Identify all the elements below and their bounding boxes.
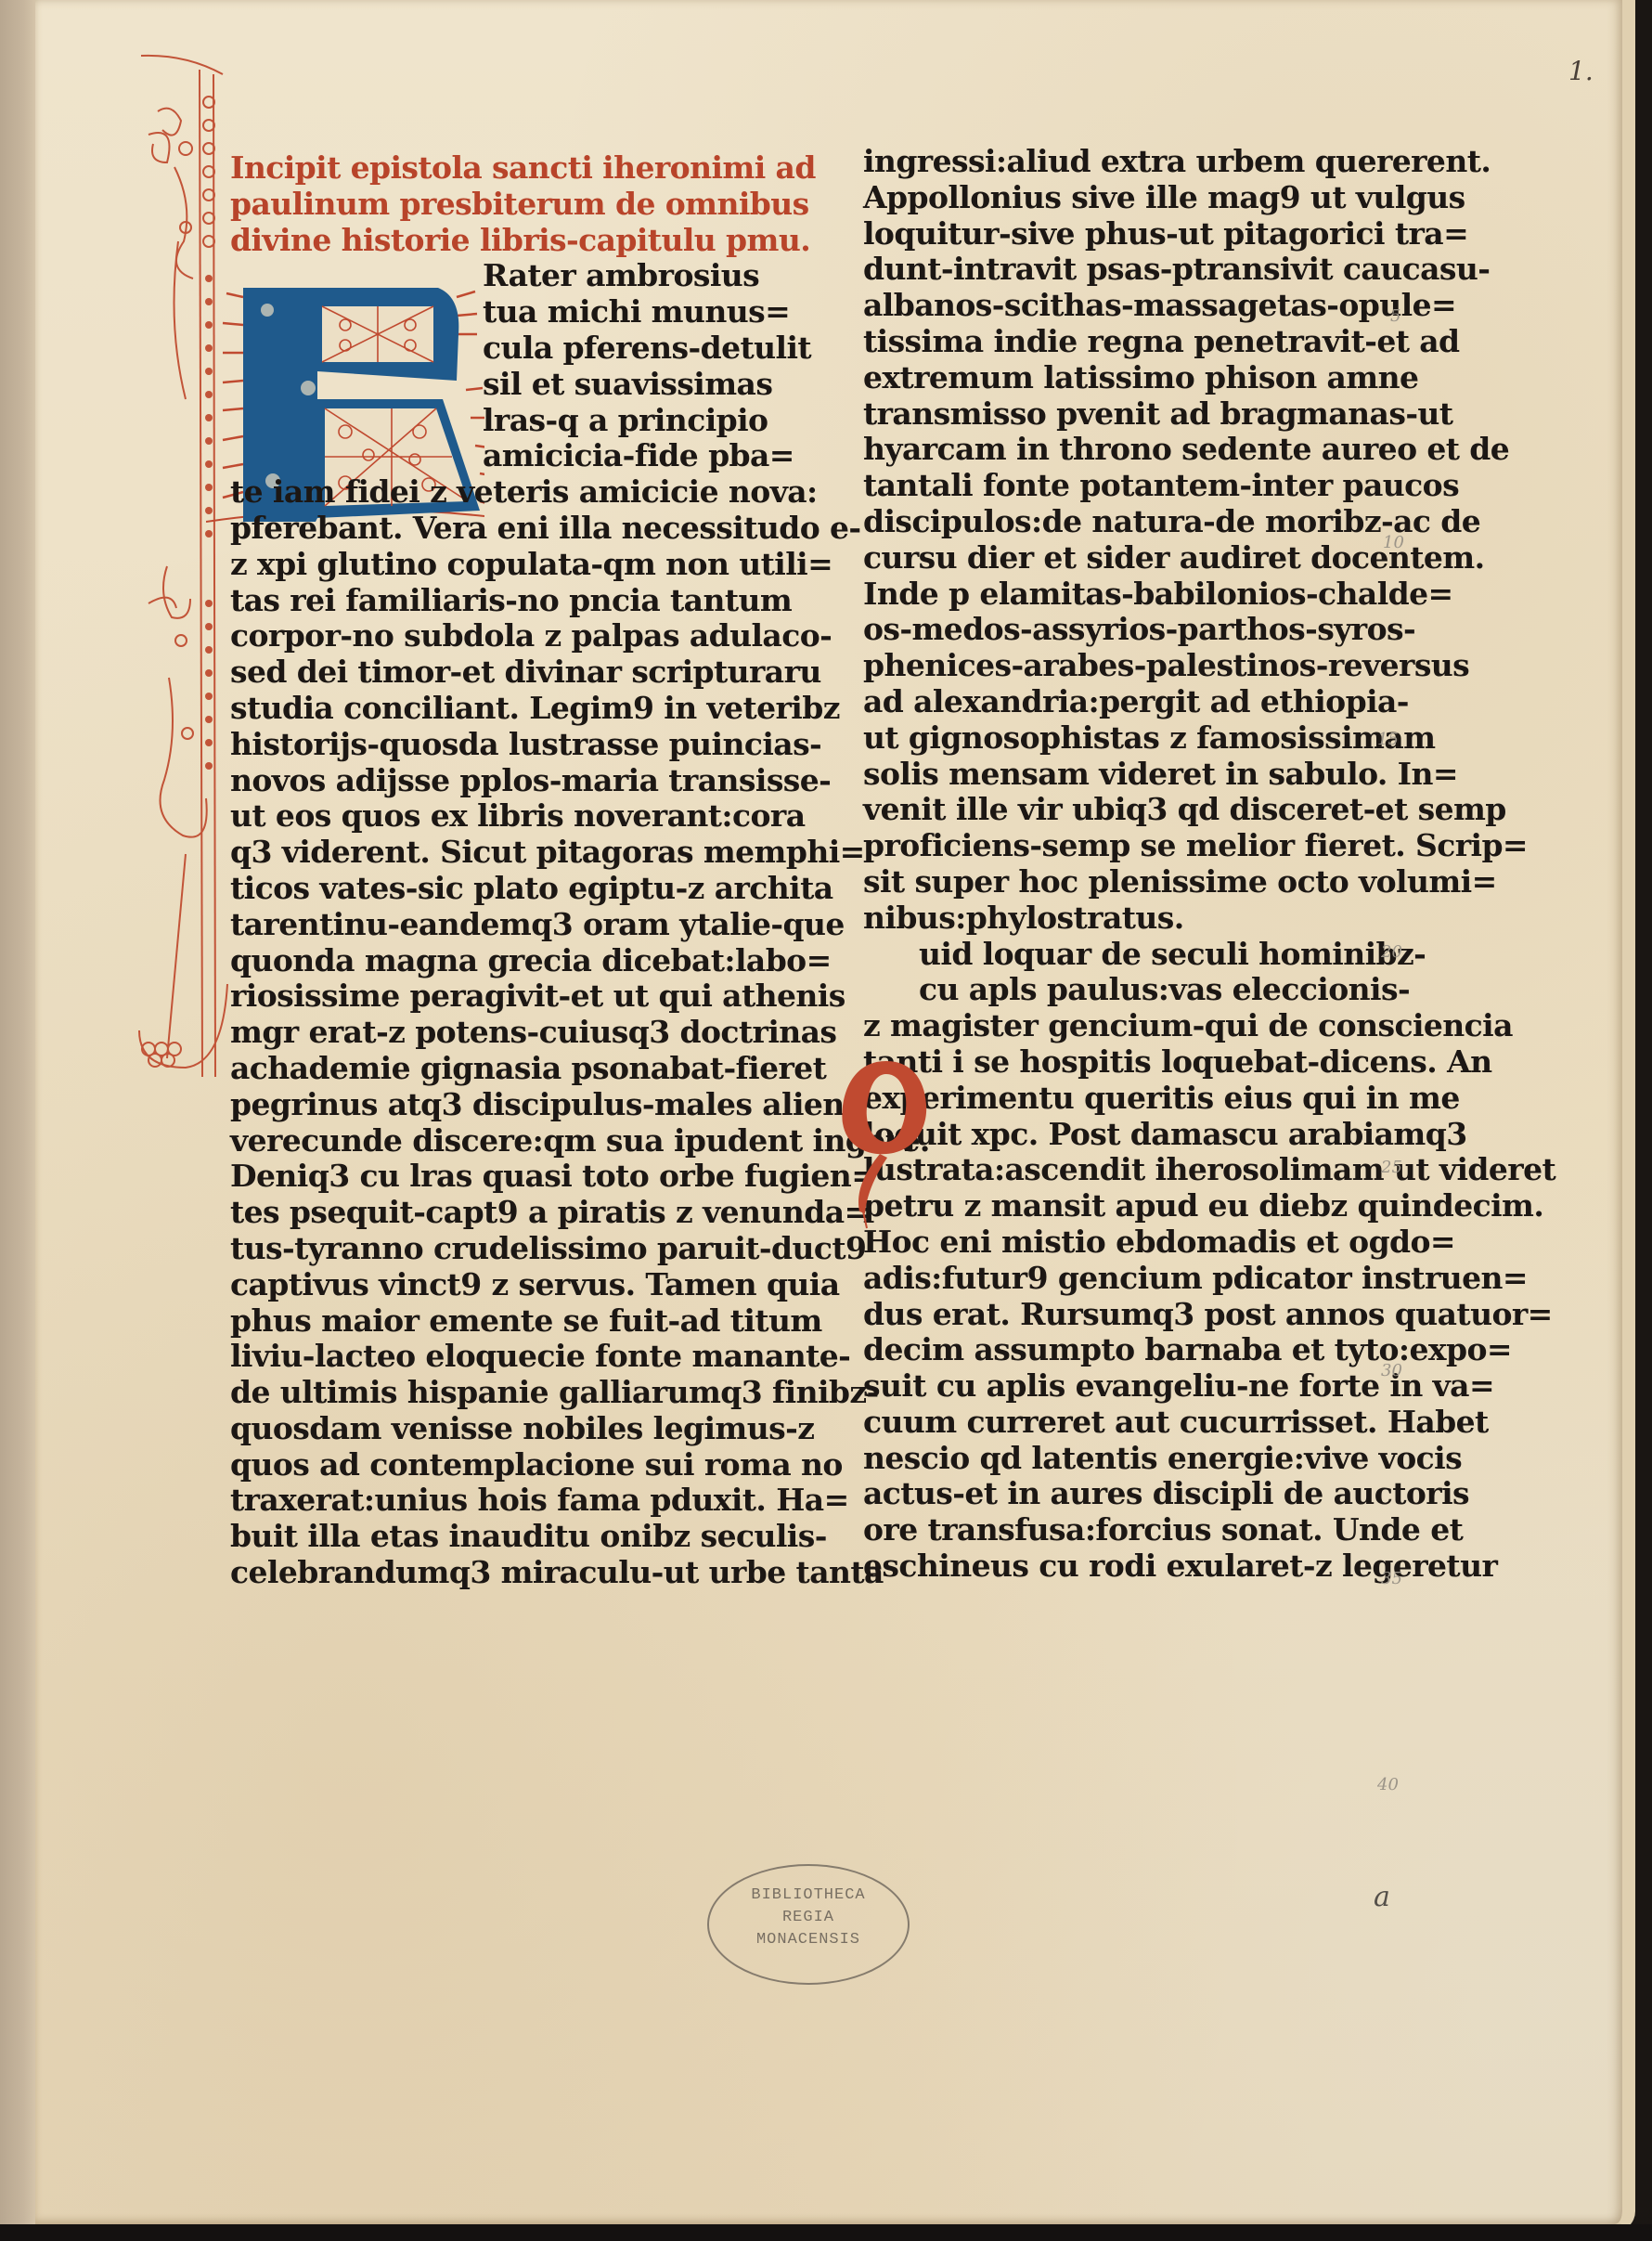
text-line: ut eos quos ex libris noverant:cora [230, 798, 778, 835]
text-line: tissima indie regna penetravit-et ad [863, 324, 1401, 360]
text-line: nibus:phylostratus. [863, 900, 1401, 937]
text-line: experimentu queritis eius qui in me [863, 1081, 1401, 1117]
text-line: extremum latissimo phison amne [863, 360, 1401, 396]
text-line: phus maior emente se fuit-ad titum [230, 1303, 778, 1340]
text-line: tarentinu-eandemq3 oram ytalie-que [230, 907, 778, 943]
text-line: tantali fonte potantem-inter paucos [863, 468, 1401, 504]
margin-line-number: 30 [1381, 1361, 1402, 1380]
text-line: amicicia-fide pba= [230, 438, 778, 474]
text-line: quosdam venisse nobiles legimus-z [230, 1411, 778, 1447]
text-line: lras-q a principio [230, 403, 778, 439]
text-line: tus-tyranno crudelissimo paruit-duct9 [230, 1231, 778, 1267]
margin-line-number: 35 [1381, 1569, 1402, 1588]
rubric-heading-line-3: divine historie libris-capitulu pmu. [230, 223, 778, 259]
text-line: pferebant. Vera eni illa necessitudo e- [230, 511, 778, 547]
text-line: ut gignosophistas z famosissimam [863, 720, 1401, 757]
text-line: cula pferens-detulit [230, 330, 778, 367]
text-line: proficiens-semp se melior fieret. Scrip= [863, 828, 1401, 864]
right-column: ingressi:aliud extra urbem quererent. Ap… [863, 144, 1401, 1585]
library-stamp: BIBLIOTHECA REGIA MONACENSIS [707, 1864, 910, 1985]
text-line: uid loquar de seculi hominibz- [863, 937, 1401, 973]
text-line: liviu-lacteo eloquecie fonte manante- [230, 1339, 778, 1375]
text-line: solis mensam videret in sabulo. In= [863, 757, 1401, 793]
text-line: transmisso pvenit ad bragmanas-ut [863, 396, 1401, 433]
text-line: Inde p elamitas-babilonios-chalde= [863, 576, 1401, 613]
text-line: z xpi glutino copulata-qm non utili= [230, 547, 778, 583]
text-line: ore transfusa:forcius sonat. Unde et [863, 1512, 1401, 1548]
book-board-edge [0, 0, 39, 2241]
text-line: te iam fidei z veteris amicicie nova: [230, 474, 778, 511]
text-line: historijs-quosda lustrasse puincias- [230, 727, 778, 763]
text-line: eschineus cu rodi exularet-z legeretur [863, 1548, 1401, 1585]
text-line: cu apls paulus:vas eleccionis- [863, 972, 1401, 1008]
left-column: Incipit epistola sancti iheronimi ad pau… [230, 150, 778, 1591]
text-line: buit illa etas inauditu onibz seculis- [230, 1519, 778, 1555]
text-line: cursu dier et sider audiret docentem. [863, 540, 1401, 576]
text-line: tas rei familiaris-no pncia tantum [230, 583, 778, 619]
rubricated-initial-q [835, 1054, 937, 1230]
text-line: verecunde discere:qm sua ipudent ingere. [230, 1123, 778, 1159]
text-line: discipulos:de natura-de moribz-ac de [863, 504, 1401, 540]
text-line: tes psequit-capt9 a piratis z venunda= [230, 1195, 778, 1231]
quire-signature: a [1374, 1881, 1390, 1913]
text-line: Deniq3 cu lras quasi toto orbe fugien= [230, 1159, 778, 1195]
text-line: nescio qd latentis energie:vive vocis [863, 1441, 1401, 1477]
text-line: ingressi:aliud extra urbem quererent. [863, 144, 1401, 180]
text-line: novos adijsse pplos-maria transisse- [230, 763, 778, 799]
folio-number: 1. [1568, 56, 1594, 86]
text-line: lustrata:ascendit iherosolimam ut videre… [863, 1152, 1401, 1188]
text-line: loquitur-sive phus-ut pitagorici tra= [863, 216, 1401, 253]
text-line: Rater ambrosius [230, 258, 778, 294]
text-line: sil et suavissimas [230, 367, 778, 403]
text-line: de ultimis hispanie galliarumq3 finibz- [230, 1375, 778, 1411]
text-line: venit ille vir ubiq3 qd disceret-et semp [863, 792, 1401, 828]
text-line: riosissime peragivit-et ut qui athenis [230, 978, 778, 1015]
text-line: dus erat. Rursumq3 post annos quatuor= [863, 1297, 1401, 1333]
text-line: actus-et in aures discipli de auctoris [863, 1476, 1401, 1512]
margin-line-number: 20 [1381, 942, 1402, 962]
margin-penwork-decoration [130, 46, 232, 1086]
text-line: corpor-no subdola z palpas adulaco- [230, 618, 778, 654]
text-line: tanti i se hospitis loquebat-dicens. An [863, 1044, 1401, 1081]
background-edge [0, 2224, 1652, 2241]
text-line: decim assumpto barnaba et tyto:expo= [863, 1332, 1401, 1368]
text-line: z magister gencium-qui de consciencia [863, 1008, 1401, 1044]
text-line: adis:futur9 gencium pdicator instruen= [863, 1261, 1401, 1297]
rubric-heading-line-2: paulinum presbiterum de omnibus [230, 187, 778, 223]
text-line: ad alexandria:pergit ad ethiopia- [863, 684, 1401, 720]
text-line: tua michi munus= [230, 294, 778, 330]
text-line: Appollonius sive ille mag9 ut vulgus [863, 180, 1401, 216]
rubric-heading-line-1: Incipit epistola sancti iheronimi ad [230, 150, 778, 187]
text-line: suit cu aplis evangeliu-ne forte in va= [863, 1368, 1401, 1405]
text-line: captivus vinct9 z servus. Tamen quia [230, 1267, 778, 1303]
text-line: mgr erat-z potens-cuiusq3 doctrinas [230, 1015, 778, 1051]
stamp-line: REGIA [709, 1907, 908, 1929]
text-line: phenices-arabes-palestinos-reversus [863, 648, 1401, 684]
margin-line-number: 25 [1381, 1158, 1402, 1177]
margin-line-number: 40 [1377, 1775, 1399, 1794]
text-line: q3 viderent. Sicut pitagoras memphi= [230, 835, 778, 871]
text-line: traxerat:unius hois fama pduxit. Ha= [230, 1483, 778, 1519]
margin-line-number: 5 [1390, 306, 1400, 326]
stamp-line: BIBLIOTHECA [709, 1885, 908, 1907]
text-line: sed dei timor-et divinar scripturaru [230, 654, 778, 691]
text-line: quonda magna grecia dicebat:labo= [230, 943, 778, 979]
text-line: quos ad contemplacione sui roma no [230, 1447, 778, 1483]
text-line: Hoc eni mistio ebdomadis et ogdo= [863, 1224, 1401, 1261]
text-line: hyarcam in throno sedente aureo et de [863, 432, 1401, 468]
text-line: ticos vates-sic plato egiptu-z archita [230, 871, 778, 907]
text-line: studia conciliant. Legim9 in veteribz [230, 691, 778, 727]
text-line: dunt-intravit psas-ptransivit caucasu- [863, 252, 1401, 288]
text-line: pegrinus atq3 discipulus-males aliena [230, 1087, 778, 1123]
text-line: os-medos-assyrios-parthos-syros- [863, 612, 1401, 648]
text-line: sit super hoc plenissime octo volumi= [863, 864, 1401, 900]
text-line: celebrandumq3 miraculu-ut urbe tanta [230, 1555, 778, 1591]
margin-line-number: 10 [1383, 533, 1404, 552]
text-line: albanos-scithas-massagetas-opule= [863, 288, 1401, 324]
margin-line-number: 15 [1377, 730, 1399, 749]
text-line: cuum curreret aut cucurrisset. Habet [863, 1405, 1401, 1441]
text-line: petru z mansit apud eu diebz quindecim. [863, 1188, 1401, 1224]
stamp-line: MONACENSIS [709, 1929, 908, 1951]
text-line: loquit xpc. Post damascu arabiamq3 [863, 1117, 1401, 1153]
text-line: achademie gignasia psonabat-fieret [230, 1051, 778, 1087]
